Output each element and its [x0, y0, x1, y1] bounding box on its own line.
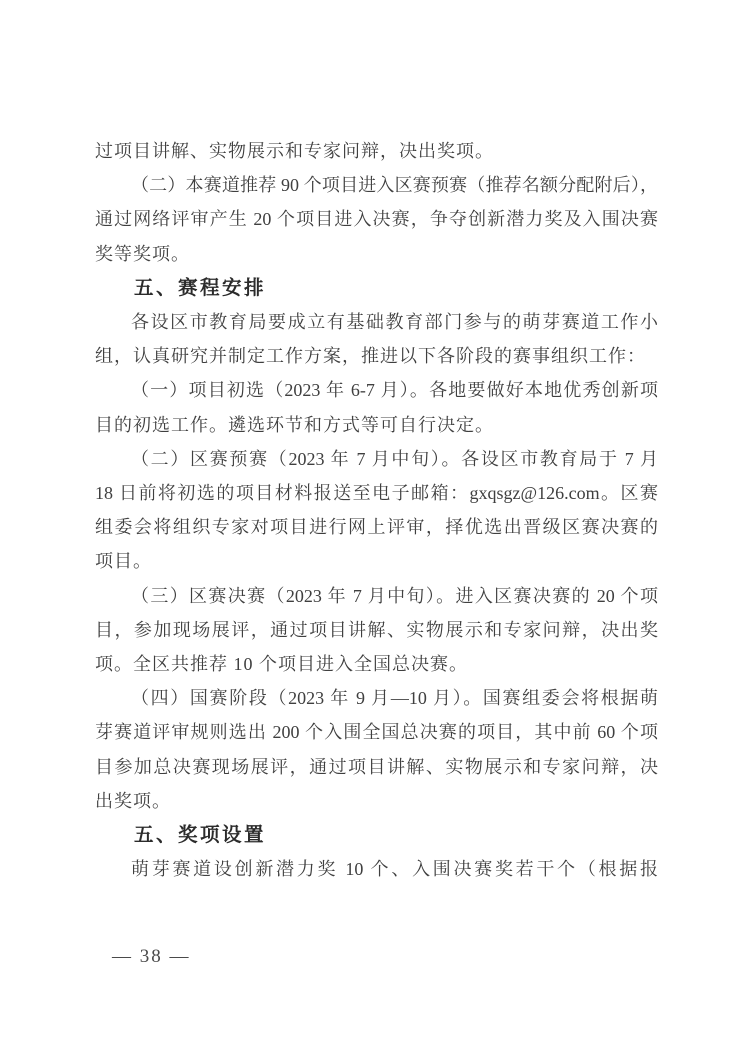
text-line: （四）国赛阶段（2023 年 9 月—10 月）。国赛组委会将根据萌: [95, 681, 658, 715]
section-heading: 五、赛程安排: [95, 271, 658, 305]
paragraph: （四）国赛阶段（2023 年 9 月—10 月）。国赛组委会将根据萌芽赛道评审规…: [95, 681, 658, 818]
page-number: — 38 —: [112, 946, 191, 968]
text-line: （三）区赛决赛（2023 年 7 月中旬）。进入区赛决赛的 20 个项: [95, 579, 658, 613]
text-line: 目参加总决赛现场展评，通过项目讲解、实物展示和专家问辩，决: [95, 750, 658, 784]
paragraph: （二）区赛预赛（2023 年 7 月中旬）。各设区市教育局于 7 月18 日前将…: [95, 442, 658, 579]
text-line: 奖等奖项。: [95, 237, 658, 271]
text-line: 芽赛道评审规则选出 200 个入围全国总决赛的项目，其中前 60 个项: [95, 715, 658, 749]
text-line: 各设区市教育局要成立有基础教育部门参与的萌芽赛道工作小: [95, 305, 658, 339]
paragraph: （一）项目初选（2023 年 6-7 月）。各地要做好本地优秀创新项目的初选工作…: [95, 373, 658, 441]
text-line: 通过网络评审产生 20 个项目进入决赛，争夺创新潜力奖及入围决赛: [95, 202, 658, 236]
paragraph: （三）区赛决赛（2023 年 7 月中旬）。进入区赛决赛的 20 个项目，参加现…: [95, 579, 658, 682]
document-page: 过项目讲解、实物展示和专家问辩，决出奖项。（二）本赛道推荐 90 个项目进入区赛…: [0, 0, 750, 1060]
heading-line: 五、奖项设置: [95, 818, 658, 852]
text-line: 萌芽赛道设创新潜力奖 10 个、入围决赛奖若干个（根据报: [95, 852, 658, 886]
text-line: 目，参加现场展评，通过项目讲解、实物展示和专家问辩，决出奖: [95, 613, 658, 647]
text-line: 项。全区共推荐 10 个项目进入全国总决赛。: [95, 647, 658, 681]
text-line: 18 日前将初选的项目材料报送至电子邮箱：gxqsgz@126.com。区赛: [95, 476, 658, 510]
document-blocks: 过项目讲解、实物展示和专家问辩，决出奖项。（二）本赛道推荐 90 个项目进入区赛…: [95, 134, 658, 886]
text-line: 组，认真研究并制定工作方案，推进以下各阶段的赛事组织工作：: [95, 339, 658, 373]
paragraph: 过项目讲解、实物展示和专家问辩，决出奖项。: [95, 134, 658, 168]
text-line: 过项目讲解、实物展示和专家问辩，决出奖项。: [95, 134, 658, 168]
paragraph: 各设区市教育局要成立有基础教育部门参与的萌芽赛道工作小组，认真研究并制定工作方案…: [95, 305, 658, 373]
text-line: （二）区赛预赛（2023 年 7 月中旬）。各设区市教育局于 7 月: [95, 442, 658, 476]
section-heading: 五、奖项设置: [95, 818, 658, 852]
text-line: （一）项目初选（2023 年 6-7 月）。各地要做好本地优秀创新项: [95, 373, 658, 407]
text-line: 出奖项。: [95, 784, 658, 818]
text-line: 项目。: [95, 544, 658, 578]
text-line: 目的初选工作。遴选环节和方式等可自行决定。: [95, 408, 658, 442]
text-line: 组委会将组织专家对项目进行网上评审，择优选出晋级区赛决赛的: [95, 510, 658, 544]
paragraph: （二）本赛道推荐 90 个项目进入区赛预赛（推荐名额分配附后），通过网络评审产生…: [95, 168, 658, 271]
text-line: （二）本赛道推荐 90 个项目进入区赛预赛（推荐名额分配附后），: [95, 168, 658, 202]
heading-line: 五、赛程安排: [95, 271, 658, 305]
paragraph: 萌芽赛道设创新潜力奖 10 个、入围决赛奖若干个（根据报: [95, 852, 658, 886]
